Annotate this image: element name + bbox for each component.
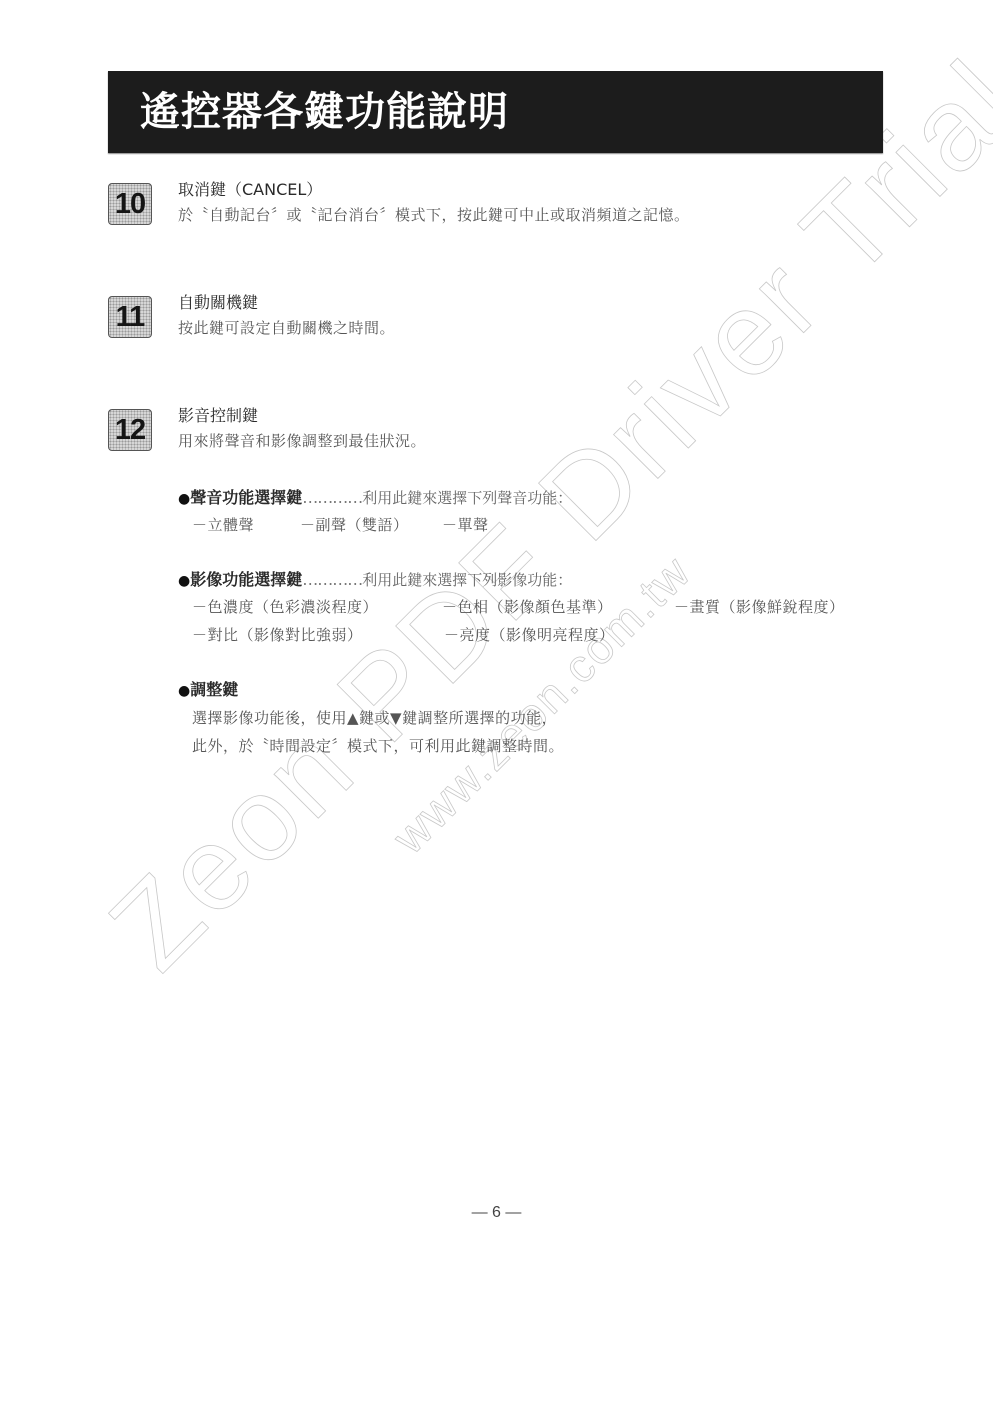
subsection-heading: ●影像功能選擇鍵…………利用此鍵來選擇下列影像功能： xyxy=(178,569,572,592)
leader-dots: ………… xyxy=(302,488,362,507)
option-row: －色濃度（色彩濃淡程度） －色相（影像顏色基準） －畫質（影像鮮銳程度） xyxy=(192,592,572,620)
option-item: －對比（影像對比強弱） xyxy=(192,624,363,645)
bullet-icon: ● xyxy=(178,683,190,699)
paragraph-line: 選擇影像功能後，使用▲鍵或▼鍵調整所選擇的功能， xyxy=(192,704,564,732)
page-header-bar: 遙控器各鍵功能說明 xyxy=(108,71,883,153)
subsection-heading: ●調整鍵 xyxy=(178,679,564,702)
section-description: 於〝自動記台〞或〝記台消台〞模式下，按此鍵可中止或取消頻道之記憶。 xyxy=(178,205,690,225)
option-row: －對比（影像對比強弱） －亮度（影像明亮程度） xyxy=(192,620,572,648)
section-title: 影音控制鍵 xyxy=(178,406,258,426)
option-item: －色濃度（色彩濃淡程度） xyxy=(192,596,378,617)
subsection-name: 聲音功能選擇鍵 xyxy=(190,488,302,507)
subsection-note: 利用此鍵來選擇下列影像功能： xyxy=(362,571,572,589)
subsection-heading: ●聲音功能選擇鍵…………利用此鍵來選擇下列聲音功能： xyxy=(178,487,572,510)
section-description: 用來將聲音和影像調整到最佳狀況。 xyxy=(178,431,426,451)
page-title: 遙控器各鍵功能說明 xyxy=(140,89,509,135)
option-row: －立體聲 －副聲（雙語） －單聲 xyxy=(192,510,572,538)
section-number-badge: 12 xyxy=(108,409,152,451)
subsection-sound-select: ●聲音功能選擇鍵…………利用此鍵來選擇下列聲音功能： －立體聲 －副聲（雙語） … xyxy=(178,487,572,538)
subsection-video-select: ●影像功能選擇鍵…………利用此鍵來選擇下列影像功能： －色濃度（色彩濃淡程度） … xyxy=(178,569,572,648)
bullet-icon: ● xyxy=(178,573,190,589)
subsection-name: 調整鍵 xyxy=(190,680,238,699)
option-item: －單聲 xyxy=(442,514,489,535)
section-description: 按此鍵可設定自動關機之時間。 xyxy=(178,318,395,338)
section-title: 自動關機鍵 xyxy=(178,293,258,313)
subsection-note: 利用此鍵來選擇下列聲音功能： xyxy=(362,489,572,507)
subsection-adjust-key: ●調整鍵 選擇影像功能後，使用▲鍵或▼鍵調整所選擇的功能， 此外，於〝時間設定〞… xyxy=(178,679,564,760)
section-number-badge: 11 xyxy=(108,296,152,338)
page-number: — 6 — xyxy=(0,1204,993,1222)
option-item: －亮度（影像明亮程度） xyxy=(444,624,615,645)
bullet-icon: ● xyxy=(178,491,190,507)
section-title: 取消鍵（CANCEL） xyxy=(178,180,322,200)
leader-dots: ………… xyxy=(302,570,362,589)
option-item: －畫質（影像鮮銳程度） xyxy=(674,596,845,617)
paragraph-line: 此外，於〝時間設定〞模式下，可利用此鍵調整時間。 xyxy=(192,732,564,760)
option-item: －色相（影像顏色基準） xyxy=(442,596,613,617)
subsection-name: 影像功能選擇鍵 xyxy=(190,570,302,589)
option-item: －立體聲 xyxy=(192,514,254,535)
section-number-badge: 10 xyxy=(108,183,152,225)
option-item: －副聲（雙語） xyxy=(300,514,409,535)
